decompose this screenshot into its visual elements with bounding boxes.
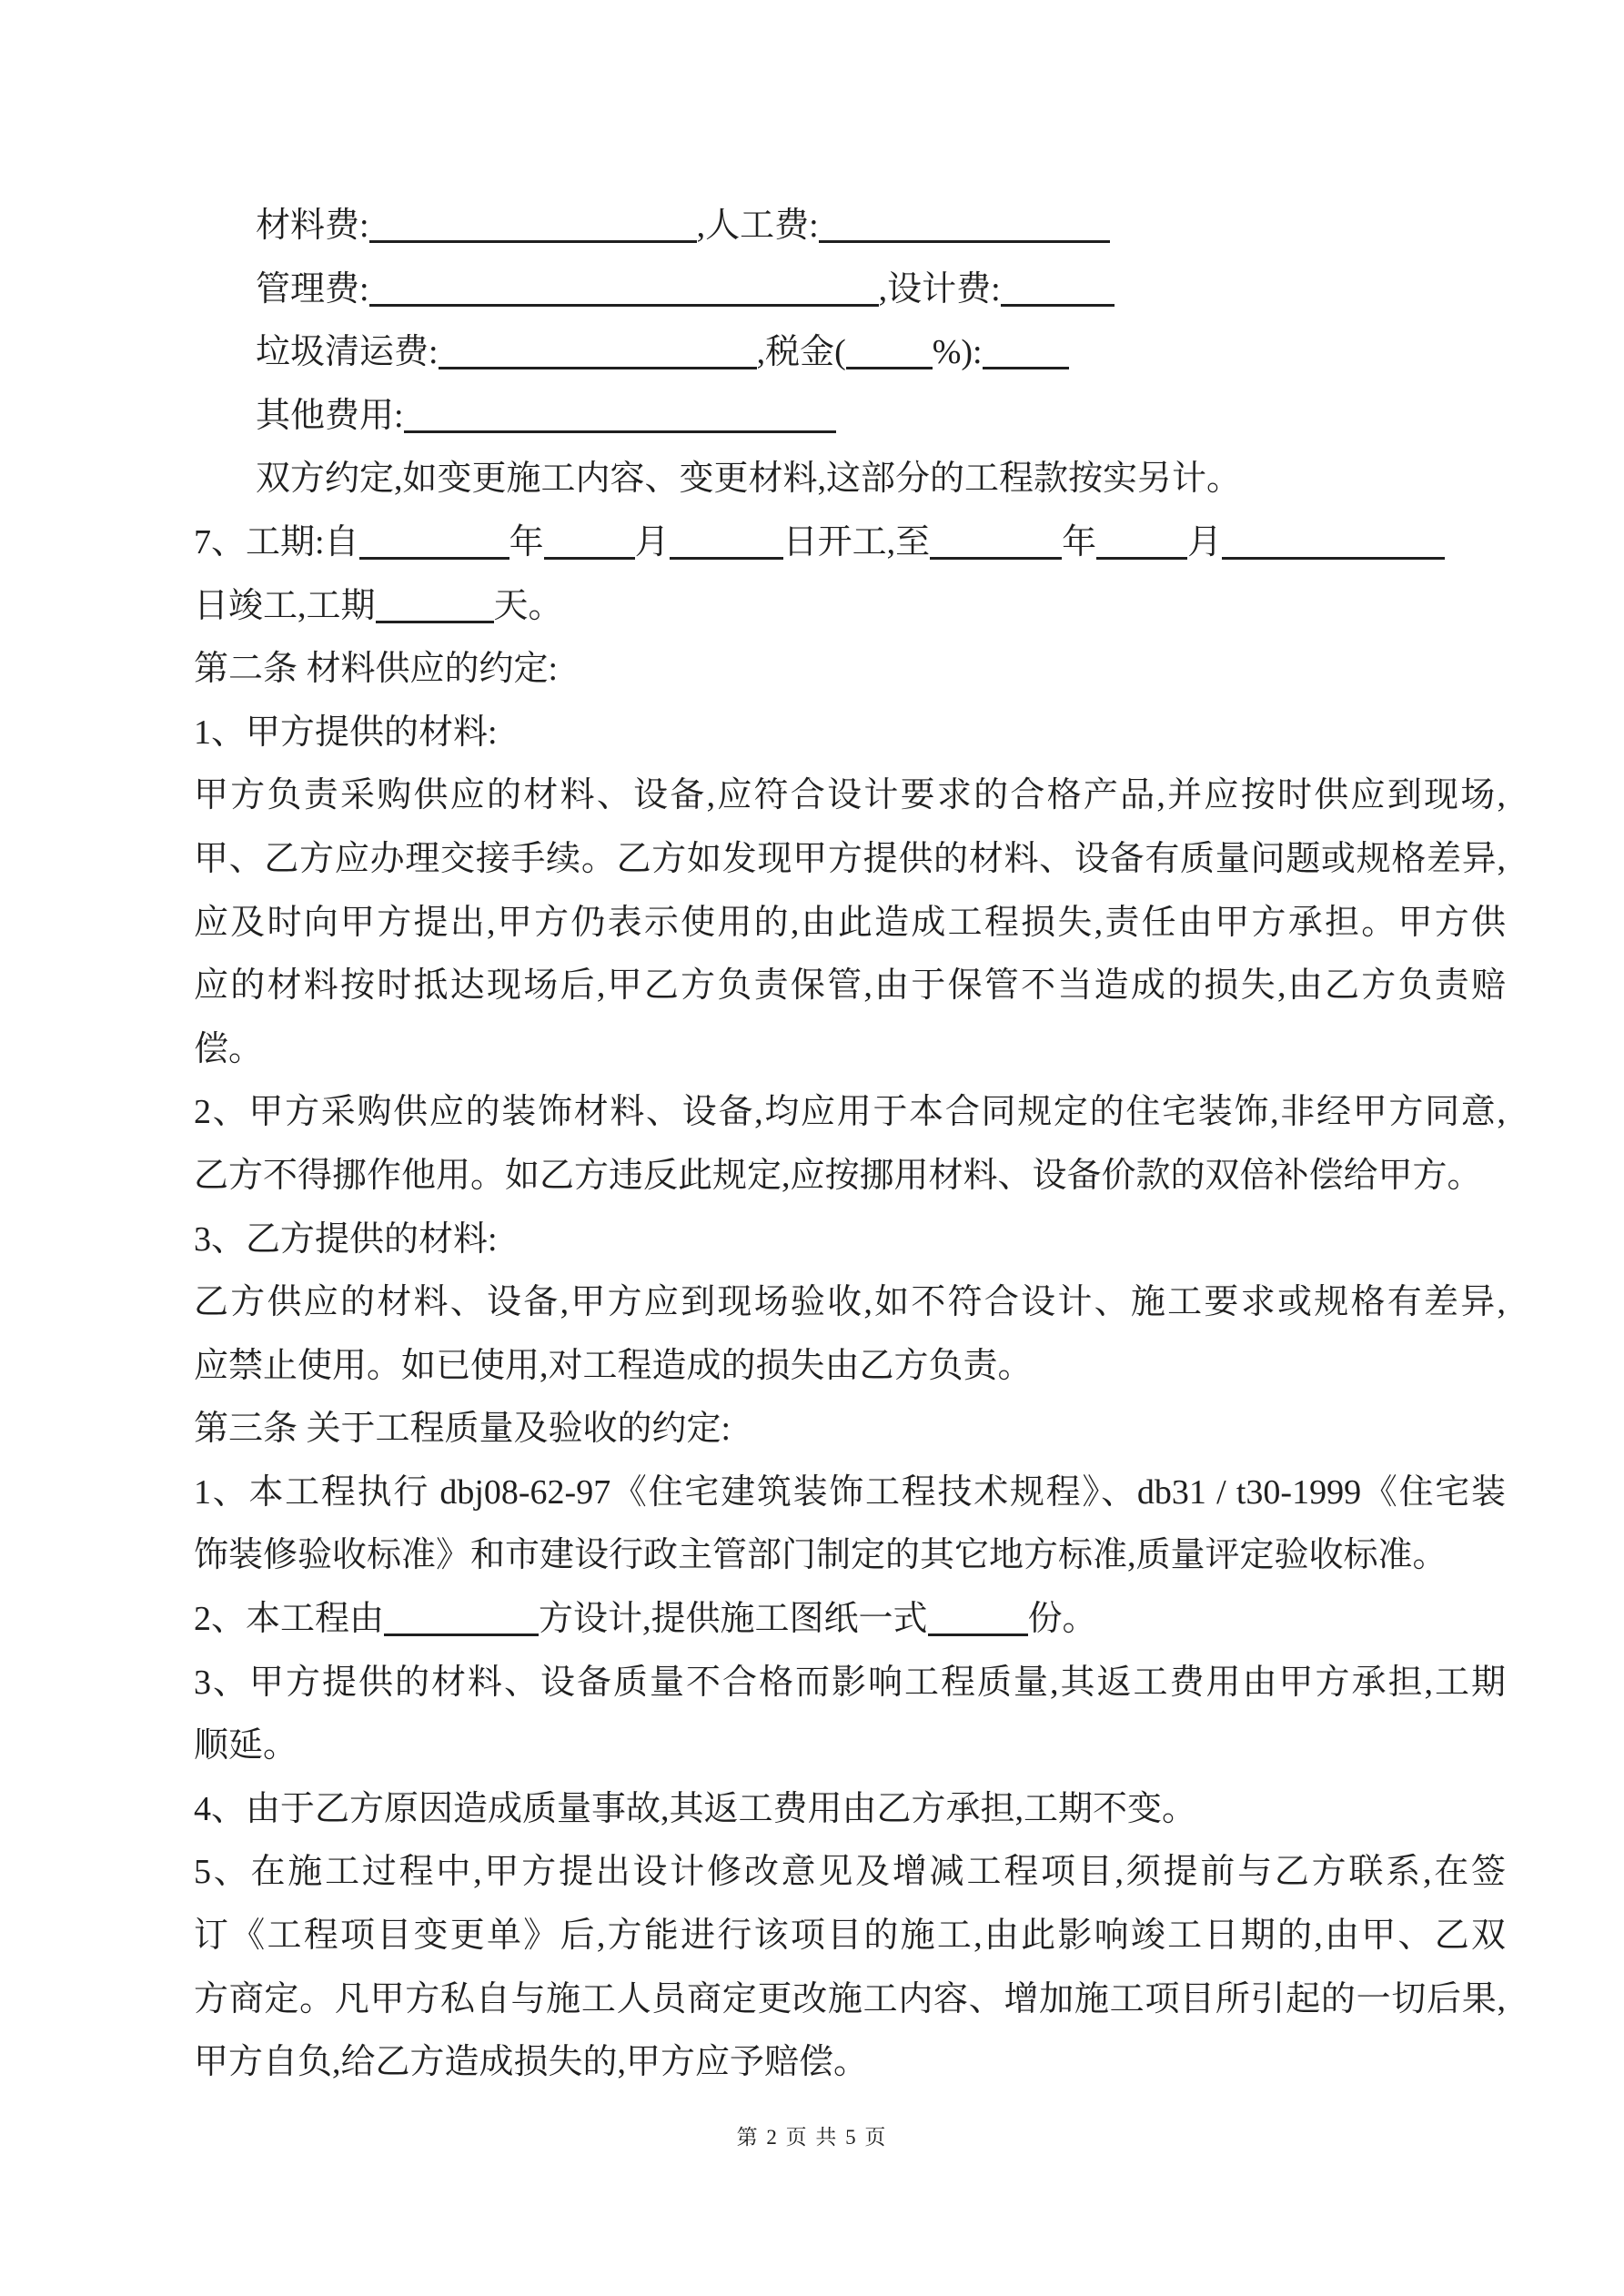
line-text: ,人工费: (697, 207, 819, 245)
fill-in-blank (376, 621, 494, 623)
contract-line: 其他费用: (194, 385, 1506, 449)
contract-page: 材料费:,人工费:管理费:,设计费:垃圾清运费:,税金(%):其他费用:双方约定… (0, 0, 1624, 2296)
contract-line: 2、甲方采购供应的装饰材料、设备,均应用于本合同规定的住宅装饰,非经甲方同意, (194, 1081, 1506, 1145)
contract-line: 日竣工,工期天。 (194, 575, 1506, 639)
contract-line: 订《工程项目变更单》后,方能进行该项目的施工,由此影响竣工日期的,由甲、乙双 (194, 1905, 1506, 1968)
line-text: ,设计费: (879, 270, 1001, 308)
contract-line: 甲方自负,给乙方造成损失的,甲方应予赔偿。 (194, 2031, 1506, 2095)
contract-body: 材料费:,人工费:管理费:,设计费:垃圾清运费:,税金(%):其他费用:双方约定… (194, 195, 1506, 2095)
fill-in-blank (359, 557, 509, 560)
contract-line: 顺延。 (194, 1714, 1506, 1778)
contract-line: 材料费:,人工费: (194, 195, 1506, 258)
line-text: %): (933, 333, 983, 371)
contract-line: 应的材料按时抵达现场后,甲乙方负责保管,由于保管不当造成的损失,由乙方负责赔 (194, 955, 1506, 1018)
contract-line: 乙方不得挪作他用。如乙方违反此规定,应按挪用材料、设备价款的双倍补偿给甲方。 (194, 1145, 1506, 1209)
contract-line: 第二条 材料供应的约定: (194, 638, 1506, 702)
fill-in-blank (369, 304, 879, 307)
fill-in-blank (846, 367, 933, 369)
contract-line: 垃圾清运费:,税金(%): (194, 321, 1506, 385)
contract-line: 5、在施工过程中,甲方提出设计修改意见及增减工程项目,须提前与乙方联系,在签 (194, 1841, 1506, 1905)
contract-line: 管理费:,设计费: (194, 258, 1506, 322)
fill-in-blank (369, 240, 697, 243)
contract-line: 偿。 (194, 1018, 1506, 1082)
contract-line: 乙方供应的材料、设备,甲方应到现场验收,如不符合设计、施工要求或规格有差异, (194, 1271, 1506, 1335)
fill-in-blank (544, 557, 635, 560)
contract-line: 饰装修验收标准》和市建设行政主管部门制定的其它地方标准,质量评定验收标准。 (194, 1524, 1506, 1588)
line-text: 年 (1062, 523, 1096, 561)
fill-in-blank (1096, 557, 1187, 560)
line-text: 月 (1187, 523, 1222, 561)
line-text: 材料费: (256, 207, 369, 245)
line-text: 其他费用: (256, 397, 404, 435)
contract-line: 应禁止使用。如已使用,对工程造成的损失由乙方负责。 (194, 1335, 1506, 1399)
contract-line: 2、本工程由方设计,提供施工图纸一式份。 (194, 1588, 1506, 1652)
line-text: 管理费: (256, 270, 369, 308)
line-text: 年 (509, 523, 544, 561)
contract-line: 应及时向甲方提出,甲方仍表示使用的,由此造成工程损失,责任由甲方承担。甲方供 (194, 892, 1506, 956)
contract-line: 甲、乙方应办理交接手续。乙方如发现甲方提供的材料、设备有质量问题或规格差异, (194, 828, 1506, 892)
line-text: 份。 (1028, 1600, 1097, 1638)
fill-in-blank (1001, 304, 1115, 307)
contract-line: 1、本工程执行 dbj08-62-97《住宅建筑装饰工程技术规程》、db31 /… (194, 1462, 1506, 1525)
line-text: 2、本工程由 (194, 1600, 384, 1638)
contract-line: 双方约定,如变更施工内容、变更材料,这部分的工程款按实另计。 (194, 448, 1506, 511)
fill-in-blank (439, 367, 757, 369)
contract-line: 1、甲方提供的材料: (194, 702, 1506, 765)
contract-line: 3、乙方提供的材料: (194, 1209, 1506, 1272)
line-text: 天。 (494, 587, 563, 625)
contract-line: 方商定。凡甲方私自与施工人员商定更改施工内容、增加施工项目所引起的一切后果, (194, 1968, 1506, 2032)
fill-in-blank (404, 430, 836, 433)
contract-line: 3、甲方提供的材料、设备质量不合格而影响工程质量,其返工费用由甲方承担,工期 (194, 1652, 1506, 1715)
line-text: 月 (635, 523, 670, 561)
fill-in-blank (983, 367, 1069, 369)
contract-line: 第三条 关于工程质量及验收的约定: (194, 1398, 1506, 1462)
line-text: 7、工期:自 (194, 523, 359, 561)
contract-line: 4、由于乙方原因造成质量事故,其返工费用由乙方承担,工期不变。 (194, 1778, 1506, 1842)
fill-in-blank (928, 1633, 1028, 1636)
line-text: ,税金( (757, 333, 846, 371)
line-text: 日竣工,工期 (194, 587, 376, 625)
line-text: 垃圾清运费: (256, 333, 439, 371)
line-text: 日开工,至 (783, 523, 931, 561)
fill-in-blank (930, 557, 1062, 560)
line-text: 方设计,提供施工图纸一式 (539, 1600, 928, 1638)
contract-line: 甲方负责采购供应的材料、设备,应符合设计要求的合格产品,并应按时供应到现场, (194, 764, 1506, 828)
fill-in-blank (819, 240, 1110, 243)
fill-in-blank (670, 557, 783, 560)
fill-in-blank (384, 1633, 539, 1636)
page-number-footer: 第 2 页 共 5 页 (0, 2120, 1624, 2150)
fill-in-blank (1222, 557, 1445, 560)
contract-line: 7、工期:自年月日开工,至年月 (194, 511, 1506, 575)
